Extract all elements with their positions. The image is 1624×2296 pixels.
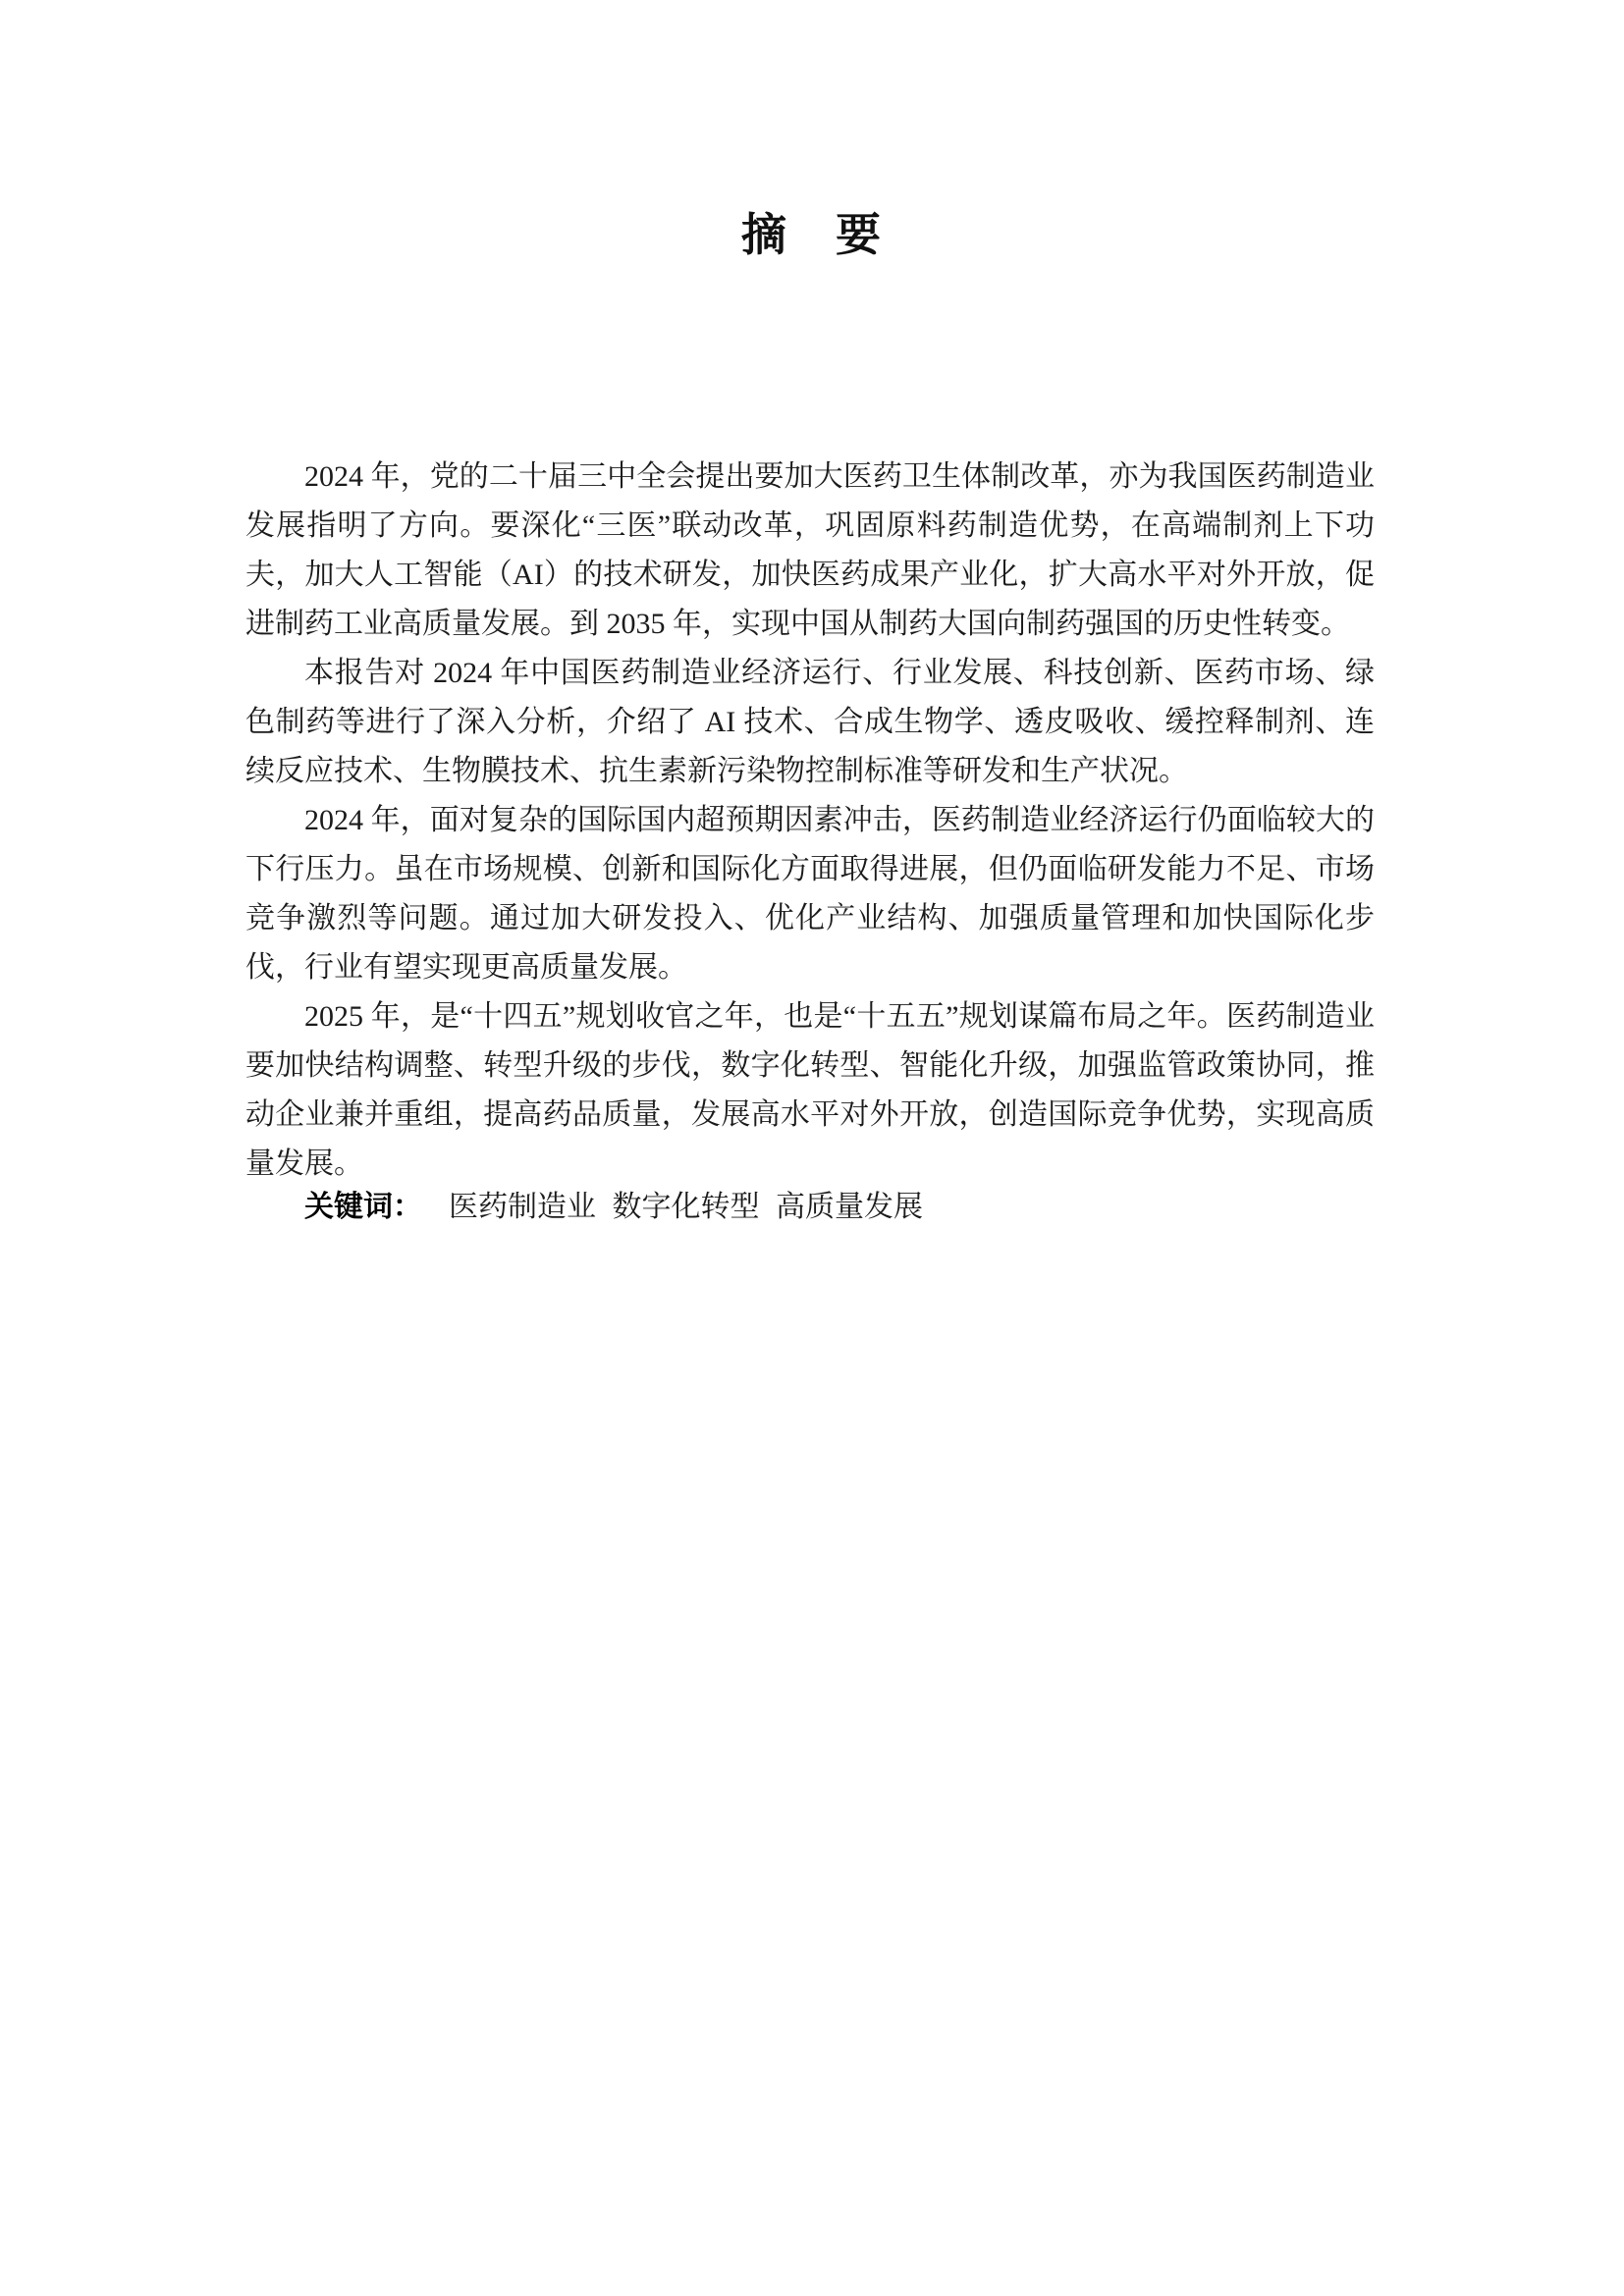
keywords-label: 关键词： xyxy=(304,1191,422,1223)
keyword-item: 医药制造业 xyxy=(449,1191,596,1223)
keyword-item: 高质量发展 xyxy=(776,1191,923,1223)
abstract-paragraph: 2024 年，面对复杂的国际国内超预期因素冲击，医药制造业经济运行仍面临较大的下… xyxy=(245,796,1375,992)
page-title: 摘 要 xyxy=(0,208,1624,263)
abstract-page: 摘 要 2024 年，党的二十届三中全会提出要加大医药卫生体制改革，亦为我国医药… xyxy=(0,0,1624,2296)
keyword-item: 数字化转型 xyxy=(613,1191,760,1223)
abstract-body: 2024 年，党的二十届三中全会提出要加大医药卫生体制改革，亦为我国医药制造业发… xyxy=(245,453,1375,1189)
abstract-paragraph: 2025 年，是“十四五”规划收官之年，也是“十五五”规划谋篇布局之年。医药制造… xyxy=(245,992,1375,1189)
abstract-paragraph: 本报告对 2024 年中国医药制造业经济运行、行业发展、科技创新、医药市场、绿色… xyxy=(245,649,1375,796)
abstract-paragraph: 2024 年，党的二十届三中全会提出要加大医药卫生体制改革，亦为我国医药制造业发… xyxy=(245,453,1375,649)
keywords-line: 关键词：医药制造业数字化转型高质量发展 xyxy=(245,1183,1375,1232)
